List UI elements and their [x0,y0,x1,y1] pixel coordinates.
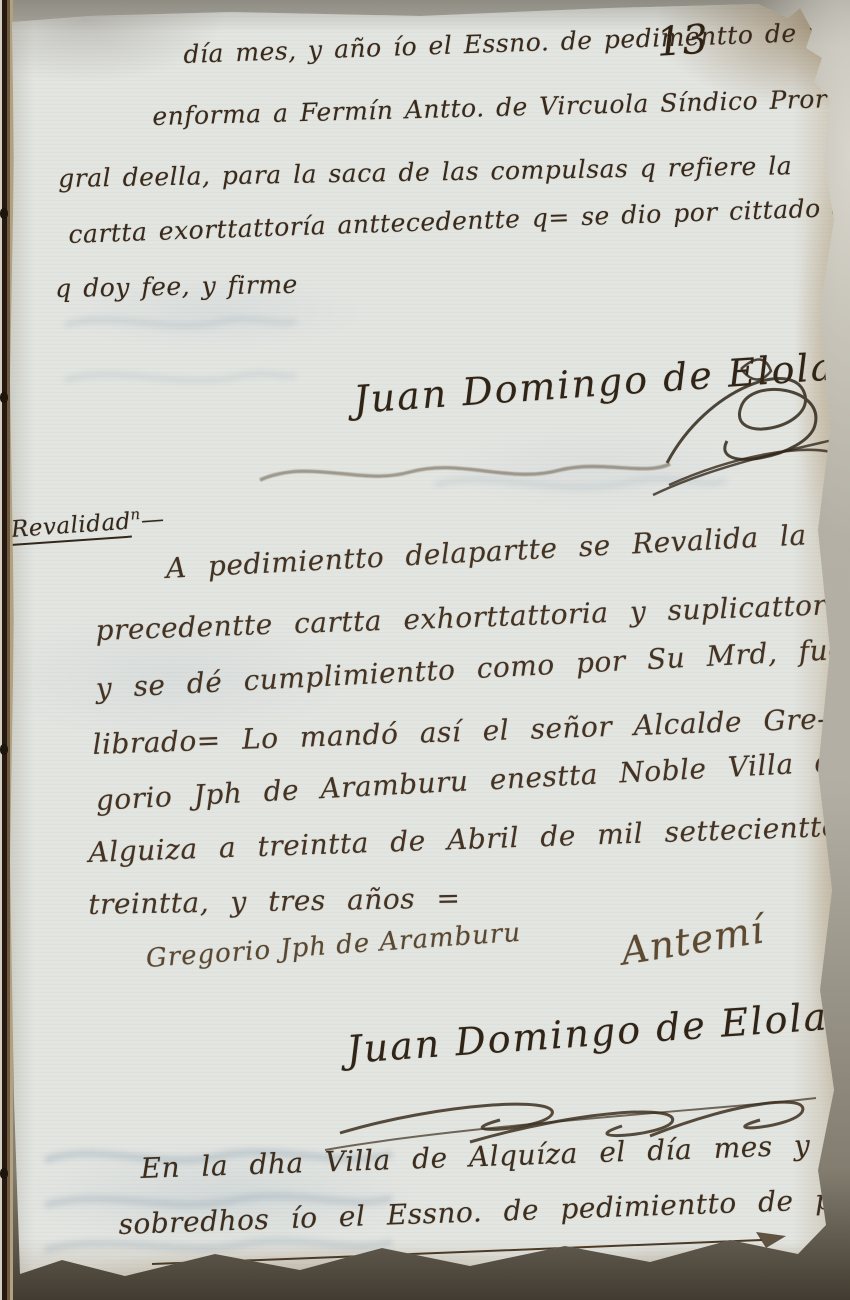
manuscript-line: Alguiza a treintta de Abril de mil sette… [88,808,850,869]
bleedthrough-ghost-text [430,450,730,520]
manuscript-line: q doy fee, y firme [55,270,298,303]
manuscript-line: gral deella, para la saca de las compuls… [58,151,792,193]
closing-rule-line [150,1232,810,1272]
manuscript-line: A pedimientto delapartte se Revalida la [165,518,807,585]
manuscript-line: enforma a Fermín Antto. de Vircuola Sínd… [152,84,828,131]
manuscript-line: día mes, y año ío el Essno. de pedimentt… [183,13,850,69]
manuscript-line: cartta exorttattoría anttecedentte q= se… [68,192,850,249]
margin-note-dash: — [140,506,165,534]
ante-mi-attestation: Antemí [618,907,767,973]
binding-stitch-mark [0,392,8,403]
margin-note-text: Revalidad [10,509,132,546]
manuscript-scan: 13 día mes, y año ío el Essno. de pedime… [0,0,850,1300]
signature-juan-domingo-elola: Juan Domingo de Elola [352,344,837,422]
manuscript-page: 13 día mes, y año ío el Essno. de pedime… [0,0,850,1300]
margin-note-revalidacion: Revalidadn— [10,503,165,543]
faint-secondary-rubric [250,440,680,500]
bleedthrough-ghost-text [60,300,300,410]
binding-stitch-mark [0,1168,8,1179]
binding-stitch-mark [0,744,8,755]
signature-gregorio-aramburu: Gregorio Jph de Aramburu [145,918,522,974]
manuscript-line: sobredhos ío el Essno. de pedimientto de… [118,1177,850,1240]
manuscript-line: En la dha Villa de Alquíza el día mes y … [140,1126,850,1185]
binding-stitch-mark [0,208,8,219]
manuscript-line: treintta, y tres años = [88,882,461,921]
signature-juan-domingo-elola-2: Juan Domingo de Elola [345,994,830,1072]
